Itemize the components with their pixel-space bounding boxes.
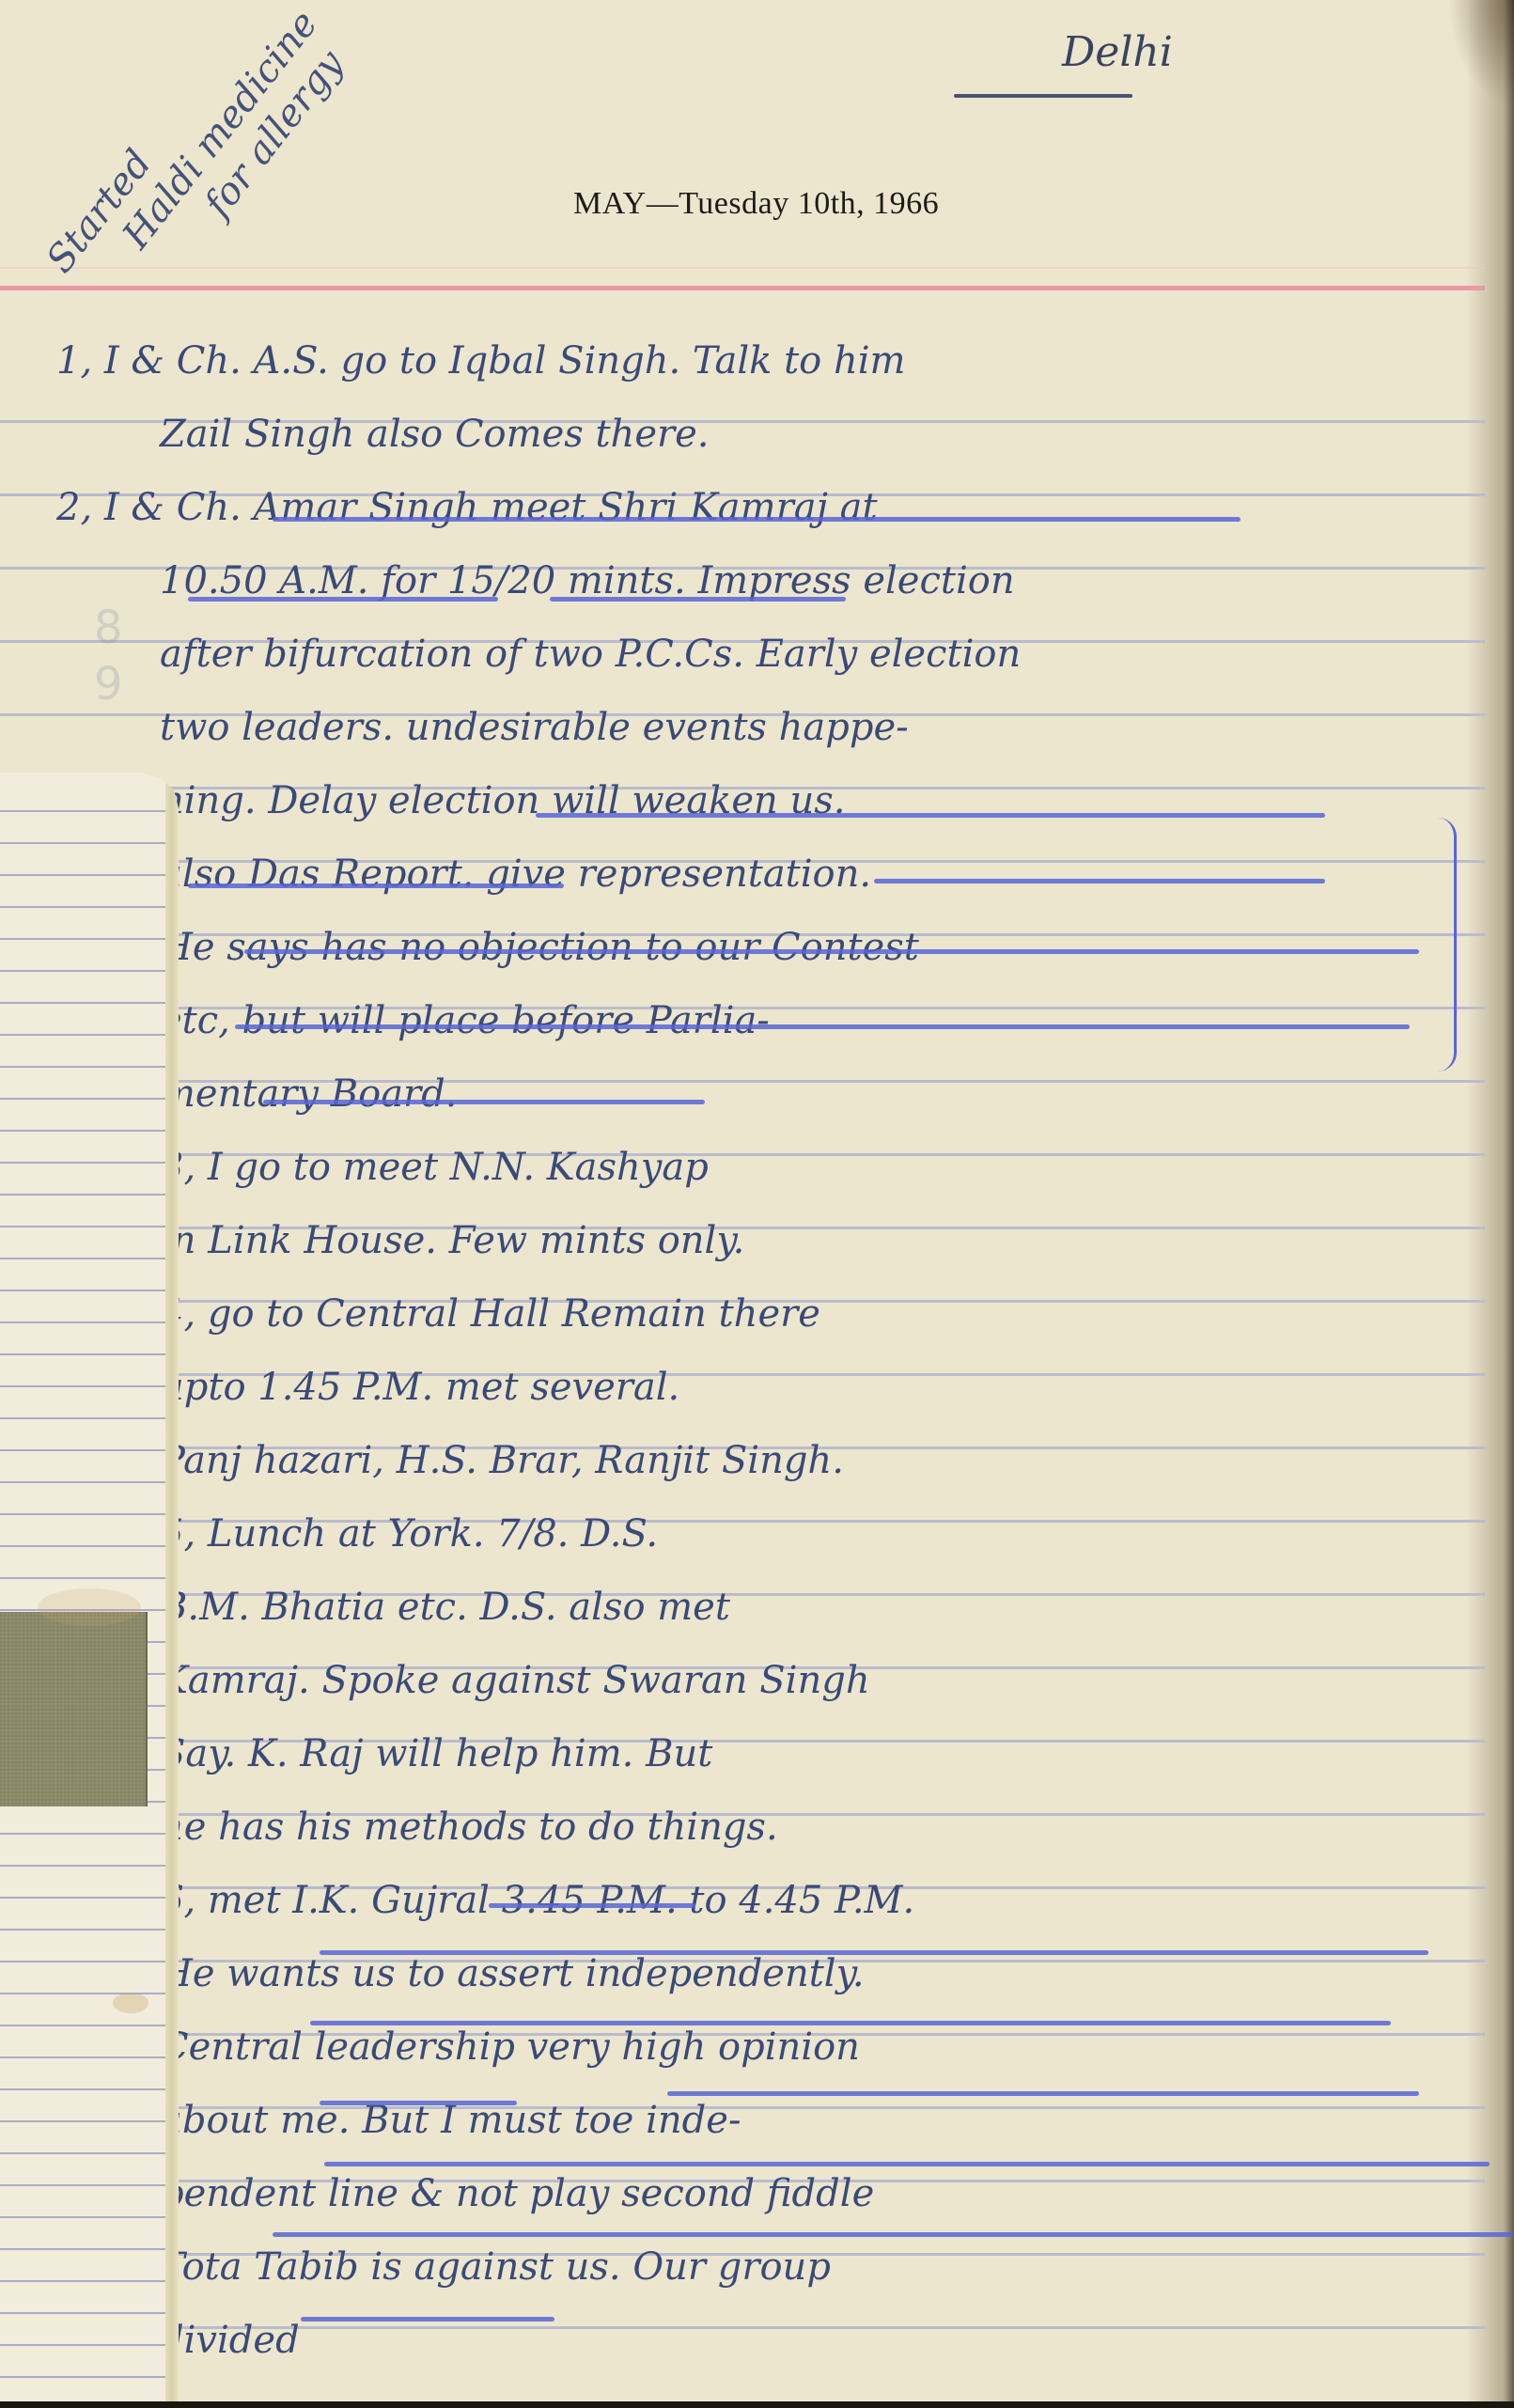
entry-line: divided <box>56 2304 1466 2377</box>
binding-tape-patch <box>0 1612 148 1806</box>
entry-line: after bifurcation of two P.C.Cs. Early e… <box>56 618 1466 691</box>
entry-line: ning. Delay election will weaken us. <box>56 764 1466 837</box>
ink-underline <box>320 2101 517 2105</box>
ink-underline <box>320 1950 1428 1955</box>
stain <box>38 1588 141 1626</box>
entry-line: 4, go to Central Hall Remain there <box>56 1277 1466 1351</box>
entry-line: 5, Lunch at York. 7/8. D.S. <box>56 1497 1466 1571</box>
entry-line: B.M. Bhatia etc. D.S. also met <box>56 1571 1466 1644</box>
entry-line: 6, met I.K. Gujral 3.45 P.M. to 4.45 P.M… <box>56 1864 1466 1937</box>
ink-underline <box>273 517 1241 522</box>
stain <box>113 1993 148 2013</box>
entry-line: 2, I & Ch. Amar Singh meet Shri Kamraj a… <box>56 471 1466 544</box>
entry-line: also Das Report. give representation. <box>56 837 1466 911</box>
entry-line: Say. K. Raj will help him. But <box>56 1717 1466 1790</box>
ink-underline <box>667 2091 1419 2096</box>
entry-line: Kamraj. Spoke against Swaran Singh <box>56 1644 1466 1717</box>
ink-underline <box>489 1903 695 1908</box>
entry-line: He wants us to assert independently. <box>56 1937 1466 2010</box>
ink-underline <box>244 949 1419 954</box>
ink-underline <box>301 2317 554 2322</box>
place-underline <box>954 94 1132 98</box>
ink-underline <box>536 813 1325 818</box>
ink-underline <box>273 2232 1513 2237</box>
ink-underline <box>874 879 1325 883</box>
diary-entry: 1, I & Ch. A.S. go to Iqbal Singh. Talk … <box>56 324 1466 2377</box>
ink-bracket <box>1433 818 1457 1071</box>
entry-line: 1, I & Ch. A.S. go to Iqbal Singh. Talk … <box>56 324 1466 398</box>
printed-date-header: MAY—Tuesday 10th, 1966 <box>573 186 939 222</box>
diary-page: 8 9 Delhi Started Haldi medicine for all… <box>0 0 1514 2408</box>
entry-line: he has his methods to do things. <box>56 1790 1466 1864</box>
page-bottom-edge <box>0 2401 1514 2408</box>
entry-line: upto 1.45 P.M. met several. <box>56 1351 1466 1424</box>
ink-underline <box>324 2162 1490 2166</box>
ink-underline <box>235 1024 1410 1029</box>
entry-line: in Link House. Few mints only. <box>56 1204 1466 1277</box>
ink-underline <box>263 1100 705 1104</box>
entry-line: two leaders. undesirable events happe- <box>56 691 1466 764</box>
entry-line: Zail Singh also Comes there. <box>56 398 1466 471</box>
ink-underline <box>188 883 564 888</box>
entry-line: 10.50 A.M. for 15/20 mints. Impress elec… <box>56 544 1466 618</box>
page-tab-edge <box>165 771 179 2408</box>
entry-line: etc, but will place before Parlia- <box>56 984 1466 1057</box>
ink-underline <box>188 597 498 602</box>
faint-red-rule <box>0 267 1485 269</box>
entry-line: He says has no objection to our Contest <box>56 911 1466 984</box>
place-heading: Delhi <box>1062 28 1173 76</box>
entry-line: Tota Tabib is against us. Our group <box>56 2230 1466 2304</box>
red-header-rule <box>0 286 1485 290</box>
entry-line: 3, I go to meet N.N. Kashyap <box>56 1131 1466 1204</box>
entry-line: Panj hazari, H.S. Brar, Ranjit Singh. <box>56 1424 1466 1497</box>
ink-underline <box>310 2021 1391 2025</box>
ink-underline <box>550 597 846 602</box>
entry-line: mentary Board. <box>56 1057 1466 1131</box>
entry-line: pendent line & not play second fiddle <box>56 2157 1466 2230</box>
